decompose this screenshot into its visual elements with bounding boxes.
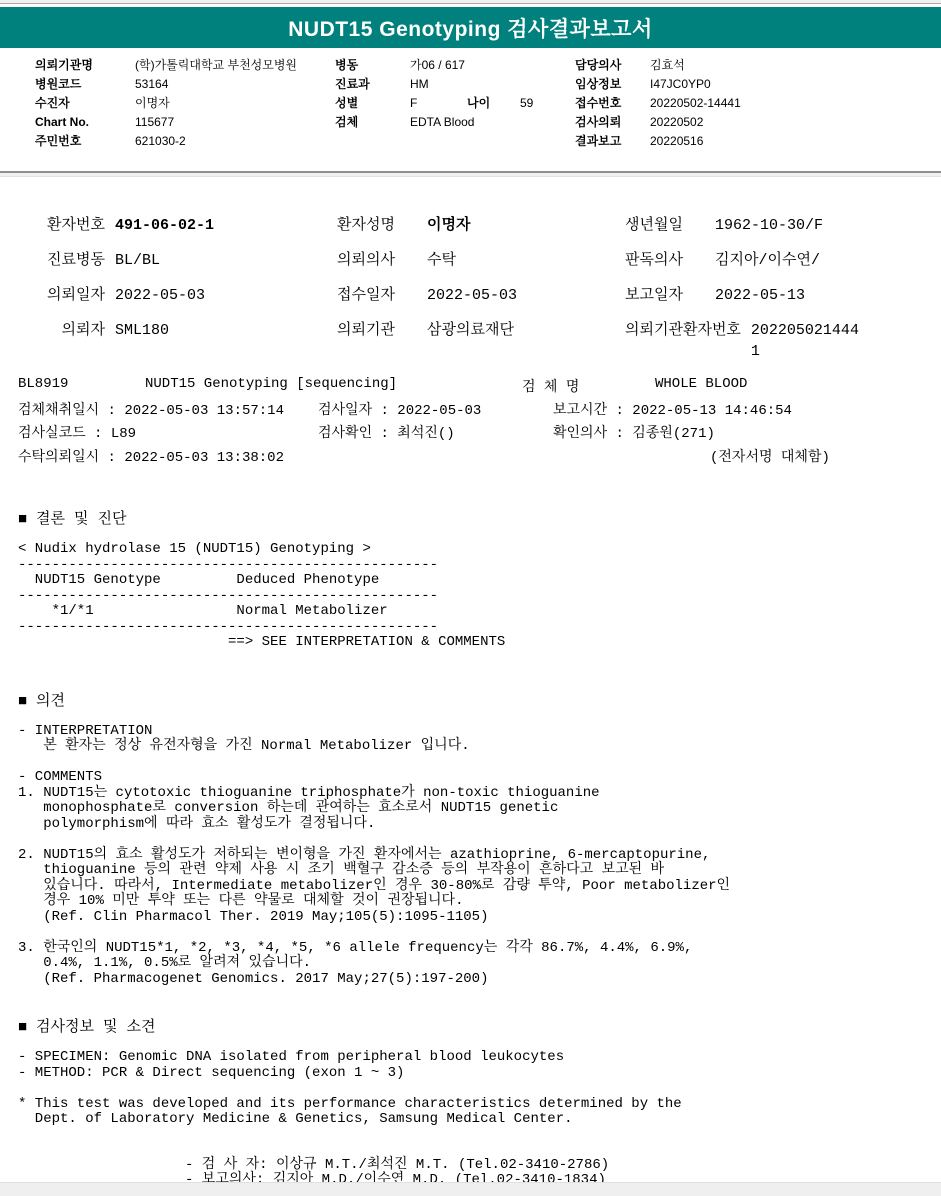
age-value: 59 <box>520 96 533 110</box>
header-row: 담당의사김효석 <box>575 56 741 75</box>
patient-name-value: 이명자 <box>427 215 470 236</box>
report-page: NUDT15 Genotyping 검사결과보고서 의뢰기관명(학)가톨릭대학교… <box>0 0 941 1196</box>
receipt-date-value: 2022-05-03 <box>427 285 517 306</box>
resident-no-label: 주민번호 <box>35 132 135 151</box>
requesting-org-value: (학)가톨릭대학교 부천성모병원 <box>135 58 297 72</box>
section-divider <box>0 171 941 177</box>
report-date-field: 보고일자2022-05-13 <box>625 285 941 306</box>
collection-datetime: 검체채취일시 : 2022-05-03 13:57:14 <box>18 399 284 419</box>
header-row: 접수번호20220502-14441 <box>575 94 741 113</box>
birthdate-value: 1962-10-30/F <box>715 215 823 236</box>
header-row: 병원코드53164 <box>35 75 297 94</box>
requester-label: 의뢰자 <box>25 320 105 341</box>
specimen-type-label: 검체 <box>335 113 410 132</box>
report-banner: NUDT15 Genotyping 검사결과보고서 <box>0 7 941 48</box>
requesting-doctor-label: 의뢰의사 <box>337 250 417 271</box>
result-report-date-label: 결과보고 <box>575 132 650 151</box>
specimen-name-label: 검 체 명 <box>522 376 579 396</box>
header-row: 성별F나이59 <box>335 94 533 113</box>
care-ward-label: 진료병동 <box>25 250 105 271</box>
requester-field: 의뢰자SML180 <box>25 320 337 362</box>
accession-no-label: 접수번호 <box>575 94 650 113</box>
patient-number-label: 환자번호 <box>25 215 105 236</box>
report-date-label: 보고일자 <box>625 285 705 306</box>
patient-name-label: 환자성명 <box>337 215 417 236</box>
patient-row: 의뢰일자2022-05-03 접수일자2022-05-03 보고일자2022-0… <box>25 285 941 306</box>
opinion-body: - INTERPRETATION 본 환자는 정상 유전자형을 가진 Norma… <box>18 724 941 988</box>
test-verifier: 검사확인 : 최석진() <box>318 422 455 442</box>
header-row: 병동가06 / 617 <box>335 56 533 75</box>
header-row: 결과보고20220516 <box>575 132 741 151</box>
confirming-doctor: 확인의사 : 김종원(271) <box>553 422 715 442</box>
resident-no-value: 621030-2 <box>135 134 186 148</box>
header-row: 검사의뢰20220502 <box>575 113 741 132</box>
header-row: 진료과HM <box>335 75 533 94</box>
report-time: 보고시간 : 2022-05-13 14:46:54 <box>553 399 792 419</box>
requesting-institution-label: 의뢰기관 <box>337 320 417 341</box>
result-report-date-value: 20220516 <box>650 134 703 148</box>
test-info-body: - SPECIMEN: Genomic DNA isolated from pe… <box>18 1050 941 1128</box>
patient-row: 진료병동BL/BL 의뢰의사수탁 판독의사김지아/이수연/ <box>25 250 941 271</box>
opinion-heading: ■ 의견 <box>18 689 941 710</box>
examinee-value: 이명자 <box>135 96 170 110</box>
accession-no-value: 20220502-14441 <box>650 96 741 110</box>
test-code: BL8919 <box>18 376 68 392</box>
header-row: 주민번호621030-2 <box>35 132 297 151</box>
patient-name-field: 환자성명이명자 <box>337 215 625 236</box>
reading-doctor-value: 김지아/이수연/ <box>715 250 820 271</box>
conclusion-table: < Nudix hydrolase 15 (NUDT15) Genotyping… <box>18 542 941 651</box>
receipt-date-label: 접수일자 <box>337 285 417 306</box>
header-row: 검체EDTA Blood <box>335 113 533 132</box>
requesting-org-label: 의뢰기관명 <box>35 56 135 75</box>
conclusion-heading: ■ 결론 및 진단 <box>18 507 941 528</box>
receipt-date-field: 접수일자2022-05-03 <box>337 285 625 306</box>
test-date: 검사일자 : 2022-05-03 <box>318 399 481 419</box>
specimen-name-value: WHOLE BLOOD <box>655 376 747 392</box>
attending-doctor-value: 김효석 <box>650 58 685 72</box>
header-col-left: 의뢰기관명(학)가톨릭대학교 부천성모병원 병원코드53164 수진자이명자 C… <box>35 56 297 151</box>
header-col-middle: 병동가06 / 617 진료과HM 성별F나이59 검체EDTA Blood <box>335 56 533 132</box>
report-title: NUDT15 Genotyping 검사결과보고서 <box>288 13 653 43</box>
patient-row: 의뢰자SML180 의뢰기관삼광의료재단 의뢰기관환자번호20220502144… <box>25 320 941 362</box>
specimen-type-value: EDTA Blood <box>410 115 474 129</box>
header-col-right: 담당의사김효석 임상정보I47JC0YP0 접수번호20220502-14441… <box>575 56 741 151</box>
chart-no-value: 115677 <box>135 115 174 129</box>
header-row: 임상정보I47JC0YP0 <box>575 75 741 94</box>
patient-number-field: 환자번호491-06-02-1 <box>25 215 337 236</box>
test-details-block: BL8919 NUDT15 Genotyping [sequencing] 검 … <box>0 376 941 471</box>
attending-doctor-label: 담당의사 <box>575 56 650 75</box>
report-date-value: 2022-05-13 <box>715 285 805 306</box>
requesting-doctor-value: 수탁 <box>427 250 456 271</box>
test-request-date-label: 검사의뢰 <box>575 113 650 132</box>
clinical-info-value: I47JC0YP0 <box>650 77 711 91</box>
birthdate-field: 생년월일1962-10-30/F <box>625 215 941 236</box>
request-date-label: 의뢰일자 <box>25 285 105 306</box>
care-ward-value: BL/BL <box>115 250 160 271</box>
hospital-code-value: 53164 <box>135 77 168 91</box>
examinee-label: 수진자 <box>35 94 135 113</box>
header-row: 의뢰기관명(학)가톨릭대학교 부천성모병원 <box>35 56 297 75</box>
patient-info-block: 환자번호491-06-02-1 환자성명이명자 생년월일1962-10-30/F… <box>0 215 941 362</box>
consignment-request-datetime: 수탁의뢰일시 : 2022-05-03 13:38:02 <box>18 446 284 466</box>
requester-value: SML180 <box>115 320 169 341</box>
test-request-date-value: 20220502 <box>650 115 703 129</box>
requesting-institution-value: 삼광의료재단 <box>427 320 514 341</box>
chart-no-label: Chart No. <box>35 113 135 132</box>
institution-patient-no-label: 의뢰기관환자번호 <box>625 320 741 341</box>
institution-patient-no-field: 의뢰기관환자번호202205021444 1 <box>625 320 941 362</box>
lab-code: 검사실코드 : L89 <box>18 422 136 442</box>
sex-value: F <box>410 94 467 113</box>
requesting-doctor-field: 의뢰의사수탁 <box>337 250 625 271</box>
window-bottom-strip <box>0 1182 941 1196</box>
sex-label: 성별 <box>335 94 410 113</box>
header-row: Chart No.115677 <box>35 113 297 132</box>
header-row: 수진자이명자 <box>35 94 297 113</box>
requesting-institution-field: 의뢰기관삼광의료재단 <box>337 320 625 362</box>
care-ward-field: 진료병동BL/BL <box>25 250 337 271</box>
department-value: HM <box>410 77 429 91</box>
institution-patient-no-value: 202205021444 1 <box>751 320 859 362</box>
hospital-code-label: 병원코드 <box>35 75 135 94</box>
reading-doctor-field: 판독의사김지아/이수연/ <box>625 250 941 271</box>
birthdate-label: 생년월일 <box>625 215 705 236</box>
test-info-heading: ■ 검사정보 및 소견 <box>18 1015 941 1036</box>
clinical-info-label: 임상정보 <box>575 75 650 94</box>
department-label: 진료과 <box>335 75 410 94</box>
ward-label: 병동 <box>335 56 410 75</box>
age-label: 나이 <box>467 94 520 113</box>
ward-value: 가06 / 617 <box>410 58 465 72</box>
patient-row: 환자번호491-06-02-1 환자성명이명자 생년월일1962-10-30/F <box>25 215 941 236</box>
window-top-strip <box>0 0 941 4</box>
header-info-block: 의뢰기관명(학)가톨릭대학교 부천성모병원 병원코드53164 수진자이명자 C… <box>0 56 941 156</box>
test-name: NUDT15 Genotyping [sequencing] <box>145 376 397 392</box>
request-date-field: 의뢰일자2022-05-03 <box>25 285 337 306</box>
electronic-signature-note: (전자서명 대체함) <box>710 446 830 466</box>
patient-number-value: 491-06-02-1 <box>115 215 214 236</box>
reading-doctor-label: 판독의사 <box>625 250 705 271</box>
request-date-value: 2022-05-03 <box>115 285 205 306</box>
